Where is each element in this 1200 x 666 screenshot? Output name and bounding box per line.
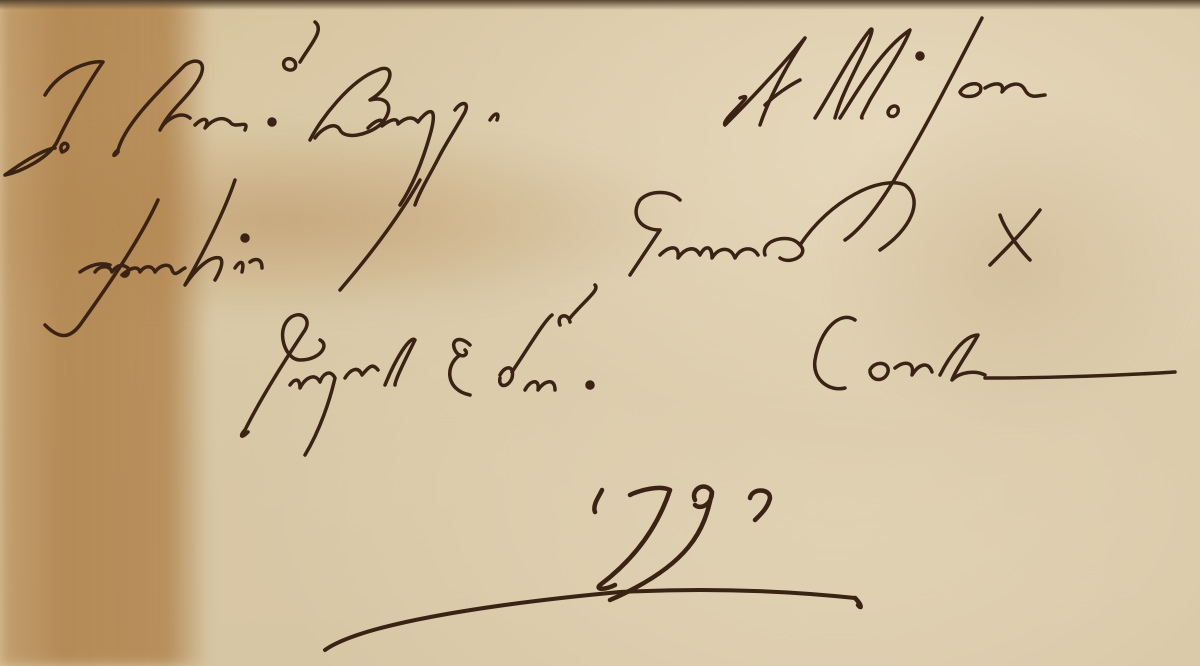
handwriting-line-3 bbox=[242, 285, 1175, 455]
handwriting-line-2 bbox=[45, 180, 1040, 336]
handwriting-line-1 bbox=[5, 18, 1045, 240]
handwriting-year bbox=[325, 487, 861, 650]
handwriting-ink bbox=[0, 0, 1200, 666]
